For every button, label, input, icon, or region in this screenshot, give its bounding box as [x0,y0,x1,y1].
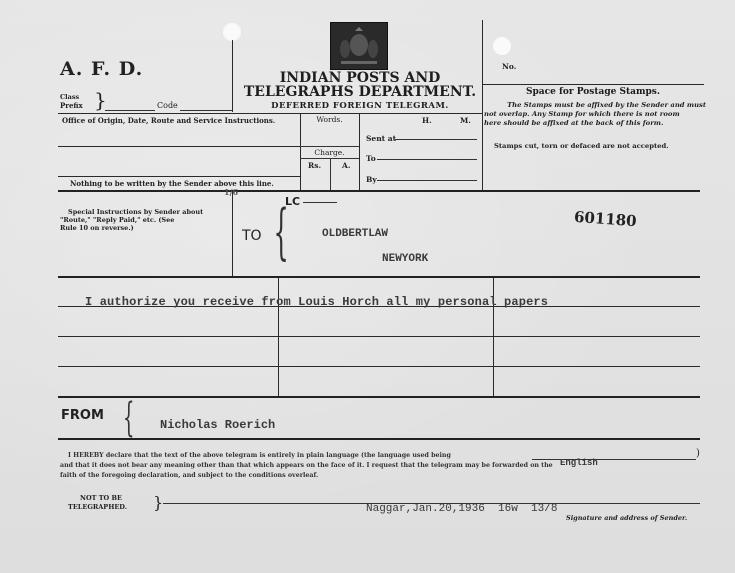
office-origin-label: Office of Origin, Date, Route and Servic… [62,116,275,125]
to-small-label: To [366,154,376,163]
postage-top-line [482,84,704,85]
from-bottom-line [58,438,700,440]
header-divider-right [482,20,483,190]
lc-dash [303,202,337,203]
declaration-line2: and that it does not bear any meaning ot… [60,462,553,469]
to-section-divider [232,192,233,276]
address-bottom-line [58,276,700,278]
stamp-number: 601180 [573,208,637,230]
header-title-line2: TELEGRAPHS DEPARTMENT. [240,84,480,100]
prefix-label: Prefix [60,101,83,110]
form-row-top-line [58,113,482,114]
message-line-3 [58,366,700,367]
office-origin-bottom-line [58,176,300,177]
message-bottom-line [58,396,700,398]
header-bottom-line [58,190,700,192]
words-label: Words. [300,115,359,124]
postage-title: Space for Postage Stamps. [482,87,704,97]
punch-hole-right [493,37,511,55]
prefix-line [105,110,155,111]
a-label: A. [342,161,350,170]
punch-hole-left [223,23,241,41]
postage-line1: The Stamps must be affixed by the Sender… [486,101,706,110]
nothing-written-label: Nothing to be written by the Sender abov… [70,179,274,188]
m-label: M. [460,116,471,125]
royal-emblem-icon [330,22,388,70]
not-telegraphed-line1: NOT TO BE [80,494,122,503]
h-label: H. [422,116,432,125]
signature-caption: Signature and address of Sender. [566,514,687,523]
telegram-form: A. F. D. Class Prefix } Code INDIAN POST… [0,0,735,573]
words-right-divider [359,113,360,191]
message-text: I authorize you receive from Louis Horch… [85,295,548,309]
language-used: English [560,458,598,468]
declaration-brace: ) [696,448,700,459]
declaration-line1: I HEREBY declare that the text of the ab… [68,452,451,459]
office-origin-line [58,146,300,147]
sender-name: Nicholas Roerich [160,418,275,432]
rs-a-divider [330,158,331,191]
header-divider-left [232,40,233,112]
address-line2: NEWYORK [382,253,428,265]
postage-line2: not overlap. Any Stamp for which there i… [484,110,706,119]
code-label: Code [157,101,178,110]
declaration-line3: faith of the foregoing declaration, and … [60,472,318,479]
code-line [180,110,232,111]
language-line [532,459,696,460]
from-brace: { [123,396,134,440]
postage-line3: here should be affixed at the back of th… [484,119,706,128]
not-telegraphed-line2: TELEGRAPHED. [68,503,127,512]
postage-line4: Stamps cut, torn or defaced are not acce… [494,142,706,151]
afd-label: A. F. D. [60,58,143,80]
message-line-2 [58,336,700,337]
from-label: FROM [61,408,104,423]
header-subtitle: DEFERRED FOREIGN TELEGRAM. [240,101,480,111]
prefix-brace: } [94,88,107,112]
by-line [377,180,477,181]
charge-top-line [300,146,359,147]
charge-label: Charge. [300,148,359,157]
by-label: By [366,175,377,184]
not-telegraphed-brace: } [153,493,163,512]
sent-at-label: Sent at [366,134,396,143]
to-small-line [377,159,477,160]
address-line1: OLDBERTLAW [322,228,388,240]
no-label: No. [502,62,516,71]
sender-address: Naggar,Jan.20,1936 16w 13/8 [366,503,557,515]
rs-label: Rs. [308,161,321,170]
handwritten-lc-mark: LC [285,195,300,208]
special-instructions-line3: Rule 10 on reverse.) [60,224,134,233]
to-label: TO [242,228,262,244]
sent-at-line [395,139,477,140]
